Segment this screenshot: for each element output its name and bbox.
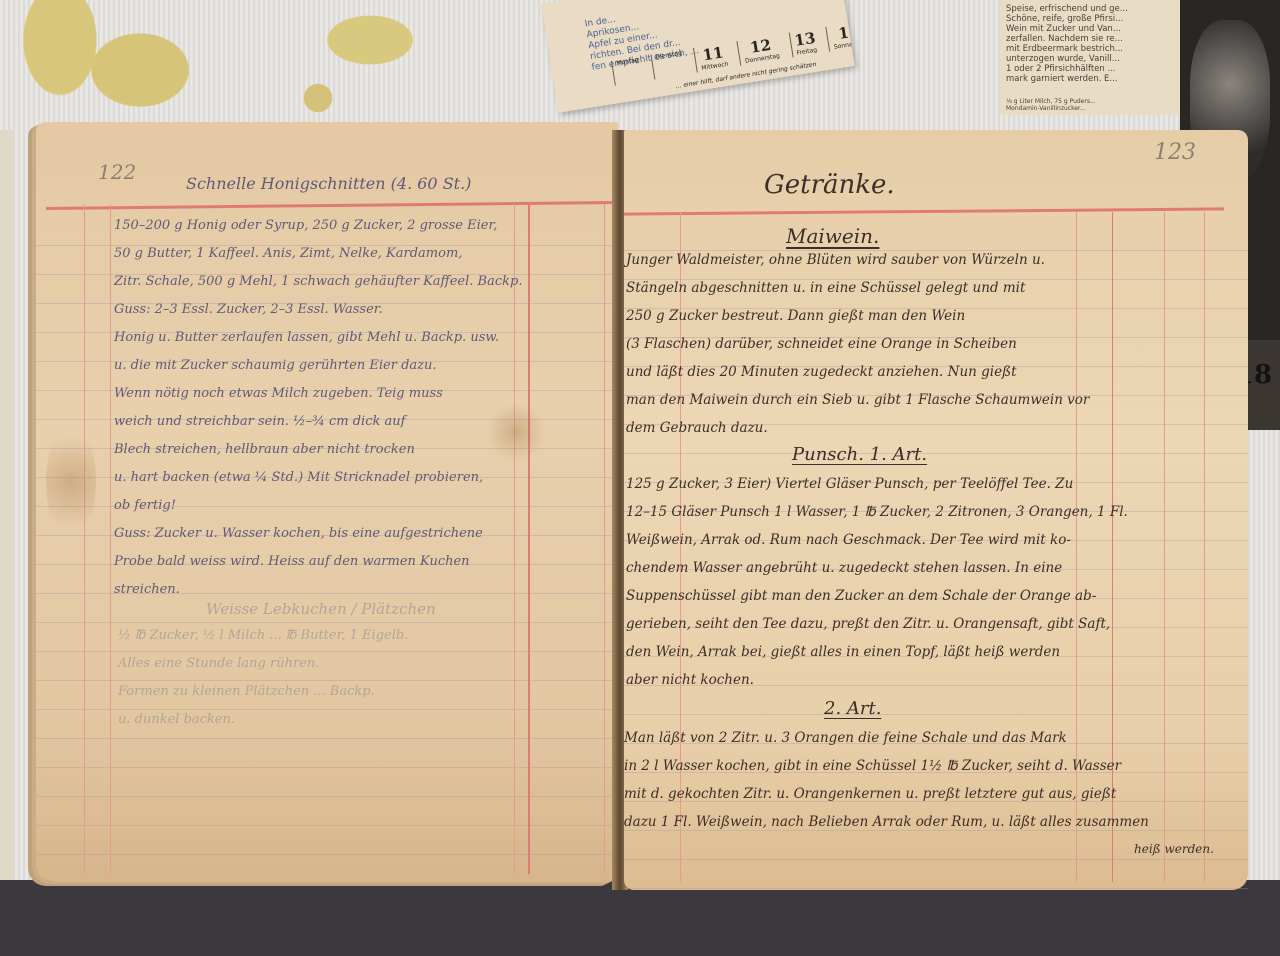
recipe-line: weich und streichbar sein. ½–¾ cm dick a… <box>114 414 405 429</box>
recipe-line: Probe bald weiss wird. Heiss auf den war… <box>114 554 470 569</box>
recipe-line: den Wein, Arrak bei, gießt alles in eine… <box>626 644 1060 660</box>
recipe-line: 125 g Zucker, 3 Eier) Viertel Gläser Pun… <box>626 476 1073 492</box>
clipping-text-line: 1 oder 2 Pfirsichhälften ... <box>1006 64 1184 74</box>
recipe-line: in 2 l Wasser kochen, gibt in eine Schüs… <box>624 758 1121 774</box>
column-line <box>1164 212 1165 882</box>
recipe-line: 250 g Zucker bestreut. Dann gießt man de… <box>626 308 965 324</box>
recipe-line: streichen. <box>114 582 180 597</box>
recipe-line: Blech streichen, hellbraun aber nicht tr… <box>114 442 415 457</box>
calendar-day: 11Mittwoch <box>693 42 733 72</box>
clipping-footer: Mondamin-Vanillinzucker... <box>1006 105 1184 112</box>
clipping-footer: ⅛ g Liter Milch, 75 g Puders... <box>1006 98 1184 105</box>
column-line <box>604 204 605 874</box>
recipe-line: gerieben, seiht den Tee dazu, preßt den … <box>626 616 1110 632</box>
margin-line <box>84 204 85 874</box>
recipe-line: 150–200 g Honig oder Syrup, 250 g Zucker… <box>114 218 497 233</box>
column-line <box>1204 212 1205 882</box>
recipe-line: und läßt dies 20 Minuten zugedeckt anzie… <box>626 364 1017 380</box>
recipe-line: Weißwein, Arrak od. Rum nach Geschmack. … <box>626 532 1071 548</box>
faded-recipe-title: Weisse Lebkuchen / Plätzchen <box>206 600 436 618</box>
recipe-line: aber nicht kochen. <box>626 672 754 688</box>
recipe-heading: 2. Art. <box>824 698 881 719</box>
recipe-line: Stängeln abgeschnitten u. in eine Schüss… <box>626 280 1025 296</box>
recipe-line: Junger Waldmeister, ohne Blüten wird sau… <box>626 252 1045 268</box>
calendar-day: Montag <box>611 56 646 86</box>
recipe-line: Honig u. Butter zerlaufen lassen, gibt M… <box>114 330 499 345</box>
clipping-text-line: Wein mit Zucker und Van... <box>1006 24 1184 34</box>
newspaper-clipping-recipe: Speise, erfrischend und ge... Schöne, re… <box>1000 0 1190 115</box>
recipe-heading: Maiwein. <box>786 224 879 248</box>
calendar-day: 13Freitag <box>788 28 821 57</box>
page-edge-left <box>0 130 14 956</box>
recipe-line: ob fertig! <box>114 498 176 513</box>
left-page: 122 Schnelle Honigschnitten (4. 60 St.) … <box>36 122 618 882</box>
recipe-line: dazu 1 Fl. Weißwein, nach Belieben Arrak… <box>624 814 1149 830</box>
recipe-line: chendem Wasser angebrüht u. zugedeckt st… <box>626 560 1062 576</box>
recipe-line: Zitr. Schale, 500 g Mehl, 1 schwach gehä… <box>114 274 522 289</box>
page-number: 123 <box>1154 140 1196 165</box>
column-line <box>1076 212 1077 882</box>
faded-recipe-line: ½ ℔ Zucker, ½ l Milch ... ℔ Butter, 1 Ei… <box>118 628 408 643</box>
recipe-line: 50 g Butter, 1 Kaffeel. Anis, Zimt, Nelk… <box>114 246 462 261</box>
recipe-line: mit d. gekochten Zitr. u. Orangenkernen … <box>624 786 1116 802</box>
page-number: 122 <box>98 160 136 184</box>
recipe-line: Guss: 2–3 Essl. Zucker, 2–3 Essl. Wasser… <box>114 302 383 317</box>
column-line <box>514 204 515 874</box>
recipe-line: Wenn nötig noch etwas Milch zugeben. Tei… <box>114 386 443 401</box>
recipe-line: Man läßt von 2 Zitr. u. 3 Orangen die fe… <box>624 730 1067 746</box>
notebook-cover <box>0 880 1280 956</box>
stain <box>46 422 96 542</box>
clipping-text-line: Schöne, reife, große Pfirsi... <box>1006 14 1184 24</box>
recipe-line: heiß werden. <box>1134 842 1214 856</box>
faded-recipe-line: Alles eine Stunde lang rühren. <box>118 656 319 671</box>
clipping-text-line: Speise, erfrischend und ge... <box>1006 4 1184 14</box>
faded-recipe-line: Formen zu kleinen Plätzchen ... Backp. <box>118 684 375 699</box>
clipping-text-line: unterzogen wurde, Vanill... <box>1006 54 1184 64</box>
header-rule <box>624 207 1224 215</box>
faded-recipe-line: u. dunkel backen. <box>118 712 235 727</box>
recipe-title: Schnelle Honigschnitten (4. 60 St.) <box>186 174 471 193</box>
recipe-line: u. die mit Zucker schaumig gerührten Eie… <box>114 358 437 373</box>
stain <box>486 402 546 462</box>
calendar-day: Dienstag <box>650 49 689 79</box>
header-rule <box>46 201 616 210</box>
clipping-text-line: mark garniert werden. E... <box>1006 74 1184 84</box>
recipe-line: dem Gebrauch dazu. <box>626 420 768 436</box>
section-title: Getränke. <box>764 170 895 200</box>
right-page: 123 Getränke. Maiwein. Junger Waldmeiste… <box>624 130 1248 890</box>
calendar-day: 12Donnerstag <box>737 34 784 66</box>
recipe-line: man den Maiwein durch ein Sieb u. gibt 1… <box>626 392 1089 408</box>
margin-line <box>110 204 111 874</box>
recipe-line: Guss: Zucker u. Wasser kochen, bis eine … <box>114 526 483 541</box>
recipe-line: (3 Flaschen) darüber, schneidet eine Ora… <box>626 336 1017 352</box>
column-line <box>528 204 530 874</box>
clipping-text-line: zerfallen. Nachdem sie re... <box>1006 34 1184 44</box>
clipping-text-line: mit Erdbeermark bestrich... <box>1006 44 1184 54</box>
recipe-heading: Punsch. 1. Art. <box>792 444 927 465</box>
column-line <box>1112 212 1113 882</box>
recipe-line: 12–15 Gläser Punsch 1 l Wasser, 1 ℔ Zuck… <box>626 504 1128 520</box>
recipe-line: Suppenschüssel gibt man den Zucker an de… <box>626 588 1096 604</box>
recipe-line: u. hart backen (etwa ¼ Std.) Mit Strickn… <box>114 470 483 485</box>
